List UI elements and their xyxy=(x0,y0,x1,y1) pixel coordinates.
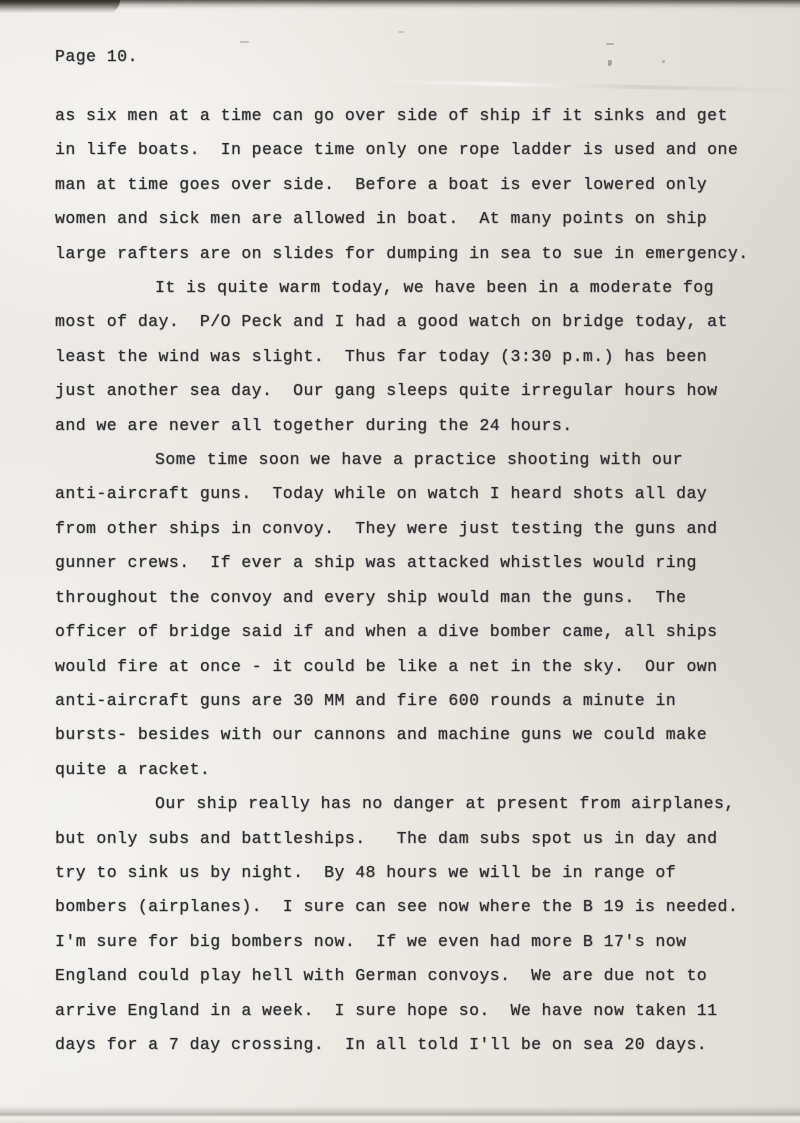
text-line: I'm sure for big bombers now. If we even… xyxy=(55,925,764,959)
text-line: anti-aircraft guns are 30 MM and fire 60… xyxy=(55,684,764,718)
text-line: days for a 7 day crossing. In all told I… xyxy=(55,1028,764,1062)
scan-speckle xyxy=(240,41,249,43)
text-line: England could play hell with German conv… xyxy=(55,959,764,993)
text-line: throughout the convoy and every ship wou… xyxy=(55,581,764,615)
text-line: just another sea day. Our gang sleeps qu… xyxy=(55,374,764,408)
text-line: bombers (airplanes). I sure can see now … xyxy=(55,890,764,924)
text-line: women and sick men are allowed in boat. … xyxy=(55,202,764,236)
scanned-page: Page 10. as six men at a time can go ove… xyxy=(0,0,800,1123)
text-line: large rafters are on slides for dumping … xyxy=(55,237,764,271)
scan-speckle xyxy=(606,43,614,45)
text-line: but only subs and battleships. The dam s… xyxy=(55,822,764,856)
text-line: and we are never all together during the… xyxy=(55,409,764,443)
page-number-header: Page 10. xyxy=(55,46,764,68)
text-line: gunner crews. If ever a ship was attacke… xyxy=(55,546,764,580)
text-line: would fire at once - it could be like a … xyxy=(55,650,764,684)
text-line: anti-aircraft guns. Today while on watch… xyxy=(55,477,764,511)
text-line: try to sink us by night. By 48 hours we … xyxy=(55,856,764,890)
text-line: most of day. P/O Peck and I had a good w… xyxy=(55,305,764,339)
text-line: It is quite warm today, we have been in … xyxy=(55,271,764,305)
text-line: quite a racket. xyxy=(55,753,764,787)
text-line: man at time goes over side. Before a boa… xyxy=(55,168,764,202)
scan-top-corner-shadow xyxy=(0,0,120,14)
text-line: bursts- besides with our cannons and mac… xyxy=(55,718,764,752)
text-line: from other ships in convoy. They were ju… xyxy=(55,512,764,546)
typewritten-body: as six men at a time can go over side of… xyxy=(55,99,764,1062)
page-content: Page 10. as six men at a time can go ove… xyxy=(55,46,764,1062)
text-line: officer of bridge said if and when a div… xyxy=(55,615,764,649)
text-line: Some time soon we have a practice shooti… xyxy=(55,443,764,477)
text-line: least the wind was slight. Thus far toda… xyxy=(55,340,764,374)
scan-top-edge xyxy=(0,0,800,9)
text-line: in life boats. In peace time only one ro… xyxy=(55,133,764,167)
scan-bottom-edge xyxy=(0,1106,800,1123)
text-line: as six men at a time can go over side of… xyxy=(55,99,764,133)
scan-speckle xyxy=(398,31,404,33)
text-line: Our ship really has no danger at present… xyxy=(55,787,764,821)
text-line: arrive England in a week. I sure hope so… xyxy=(55,994,764,1028)
